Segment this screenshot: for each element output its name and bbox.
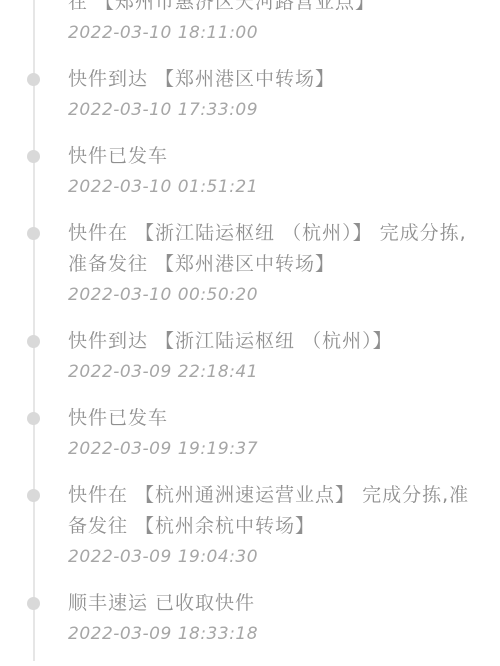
- timeline-dot-icon: [27, 412, 40, 425]
- event-title: 快件到达 【郑州港区中转场】: [68, 64, 476, 95]
- event-title: 快件在 【杭州通洲速运营业点】 完成分拣,准备发往 【杭州余杭中转场】: [68, 480, 476, 542]
- event-timestamp: 2022-03-10 18:11:00: [68, 18, 476, 49]
- timeline-dot-icon: [27, 150, 40, 163]
- timeline-dot-icon: [27, 489, 40, 502]
- event-title-line: 备发往 【杭州余杭中转场】: [68, 511, 476, 542]
- tracking-page: { "app": { "type": "express-tracking-tim…: [0, 0, 500, 666]
- event-timestamp: 2022-03-10 17:33:09: [68, 95, 476, 126]
- event-timestamp: 2022-03-09 19:04:30: [68, 542, 476, 573]
- event-title-line: 快件已发车: [68, 141, 476, 172]
- event-title-line: 快件到达 【郑州港区中转场】: [68, 64, 476, 95]
- timeline-dot-icon: [27, 335, 40, 348]
- timeline-event: 快件在 【浙江陆运枢纽 （杭州）】 完成分拣,准备发往 【郑州港区中转场】 20…: [68, 218, 476, 311]
- timeline-event: 快件到达 【郑州港区中转场】 2022-03-10 17:33:09: [68, 64, 476, 126]
- timeline-event: 快件在 【杭州通洲速运营业点】 完成分拣,准备发往 【杭州余杭中转场】 2022…: [68, 480, 476, 573]
- event-title-line: 快件在 【杭州通洲速运营业点】 完成分拣,准: [68, 480, 476, 511]
- event-title-line: 快件在 【浙江陆运枢纽 （杭州）】 完成分拣,: [68, 218, 476, 249]
- event-timestamp: 2022-03-10 01:51:21: [68, 172, 476, 203]
- event-timestamp: 2022-03-09 19:19:37: [68, 434, 476, 465]
- event-title: 在 【郑州市惠济区天河路营业点】: [68, 0, 476, 18]
- event-timestamp: 2022-03-10 00:50:20: [68, 280, 476, 311]
- timeline-event: 快件到达 【浙江陆运枢纽 （杭州）】 2022-03-09 22:18:41: [68, 326, 476, 388]
- event-title: 快件已发车: [68, 141, 476, 172]
- timeline-event: 在 【郑州市惠济区天河路营业点】 2022-03-10 18:11:00: [68, 0, 476, 49]
- timeline-dot-icon: [27, 227, 40, 240]
- timeline-event: 顺丰速运 已收取快件 2022-03-09 18:33:18: [68, 588, 476, 650]
- event-timestamp: 2022-03-09 18:33:18: [68, 619, 476, 650]
- event-title: 快件到达 【浙江陆运枢纽 （杭州）】: [68, 326, 476, 357]
- timeline: 在 【郑州市惠济区天河路营业点】 2022-03-10 18:11:00 快件到…: [0, 0, 500, 650]
- timeline-dot-icon: [27, 73, 40, 86]
- event-title-line: 快件已发车: [68, 403, 476, 434]
- timeline-event: 快件已发车 2022-03-10 01:51:21: [68, 141, 476, 203]
- event-title-line: 准备发往 【郑州港区中转场】: [68, 249, 476, 280]
- event-timestamp: 2022-03-09 22:18:41: [68, 357, 476, 388]
- timeline-dot-icon: [27, 597, 40, 610]
- timeline-event: 快件已发车 2022-03-09 19:19:37: [68, 403, 476, 465]
- event-title-line: 顺丰速运 已收取快件: [68, 588, 476, 619]
- event-title-line: 在 【郑州市惠济区天河路营业点】: [68, 0, 476, 18]
- event-title: 顺丰速运 已收取快件: [68, 588, 476, 619]
- event-title: 快件已发车: [68, 403, 476, 434]
- event-title-line: 快件到达 【浙江陆运枢纽 （杭州）】: [68, 326, 476, 357]
- event-title: 快件在 【浙江陆运枢纽 （杭州）】 完成分拣,准备发往 【郑州港区中转场】: [68, 218, 476, 280]
